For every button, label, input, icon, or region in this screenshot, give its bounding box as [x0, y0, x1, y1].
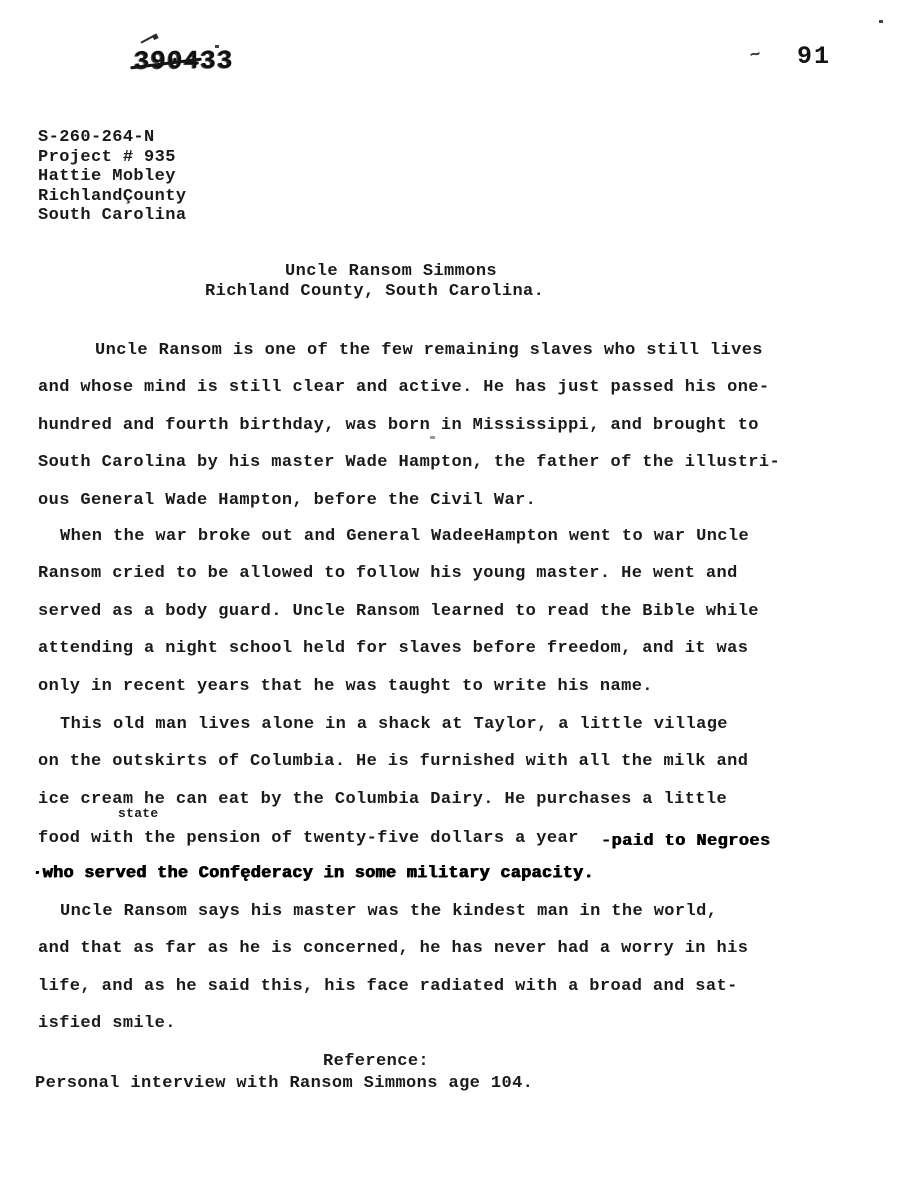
- scanned-document-page: 390433 ~ 91 S-260-264-N Project # 935 Ha…: [0, 0, 900, 1194]
- paragraph-4: Uncle Ransom says his master was the kin…: [38, 893, 868, 1043]
- paragraph-3-line4: food with the pension of twenty-five dol…: [38, 820, 770, 857]
- reference-line: Personal interview with Ransom Simmons a…: [35, 1074, 533, 1093]
- scan-speck: [430, 436, 435, 439]
- paragraph-3: This old man lives alone in a shack at T…: [38, 706, 868, 818]
- title-line1: Uncle Ransom Simmons: [285, 262, 497, 281]
- scan-speck: [215, 45, 219, 48]
- paragraph-1: Uncle Ransom is one of the few remaining…: [38, 332, 868, 519]
- annotation-confederacy-line: ·who served the Confęderacy in some mili…: [32, 855, 594, 892]
- paragraph-2: When the war broke out and General Wadee…: [38, 518, 868, 705]
- title-line2: Richland County, South Carolina.: [205, 282, 544, 301]
- interlinear-insertion-state: state: [118, 806, 159, 821]
- reference-heading: Reference:: [323, 1052, 429, 1071]
- stamp-caret-mark: [140, 34, 155, 43]
- page-number-mark: ~: [748, 45, 763, 67]
- scan-speck: [879, 20, 883, 23]
- annotation-paid-to-negroes: -paid to Negroes: [601, 832, 771, 851]
- header-block: S-260-264-N Project # 935 Hattie Mobley …: [38, 128, 868, 226]
- paragraph-3-line4-text: food with the pension of twenty-five dol…: [38, 829, 579, 848]
- page-number: 91: [797, 42, 831, 71]
